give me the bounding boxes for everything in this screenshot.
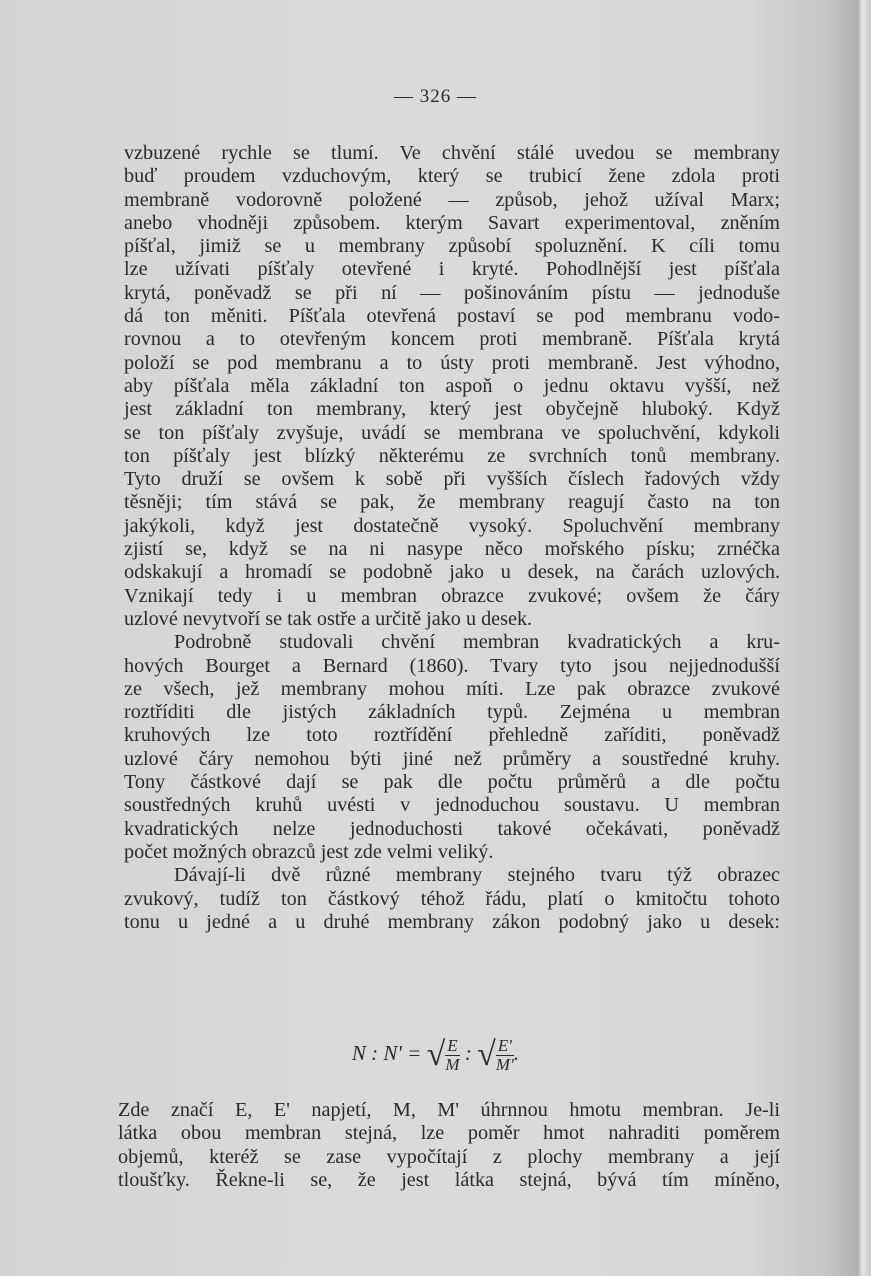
body-text-after-formula: Zde značí E, E' napjetí, M, M' úhrnnou h… <box>118 1099 780 1192</box>
text-line: těsněji; tím stává se pak, že membrany r… <box>124 491 780 514</box>
page-number: — 326 — <box>0 86 871 108</box>
text-line: Tyto druží se ovšem k sobě při vyšších č… <box>124 468 780 491</box>
text-line: kvadratických nelze jednoduchosti takové… <box>124 818 780 841</box>
paragraph-start-line: Podrobně studovali chvění membran kvadra… <box>124 631 780 654</box>
text-line: anebo vhodněji způsobem. kterým Savart e… <box>124 212 780 235</box>
text-line: jakýkoli, když jest dostatečně vysoký. S… <box>124 515 780 538</box>
text-line: se ton píšťaly zvyšuje, uvádí se membran… <box>124 422 780 445</box>
text-line: soustředných kruhů uvésti v jednoduchou … <box>124 794 780 817</box>
fraction: E'M' <box>496 1037 514 1074</box>
paragraph-start-line: Dávají-li dvě různé membrany stejného tv… <box>124 864 780 887</box>
text-line: jest základní ton membrany, který jest o… <box>124 398 780 421</box>
text-line: tonu u jedné a u druhé membrany zákon po… <box>124 911 780 934</box>
text-line: lze užívati píšťaly otevřené i kryté. Po… <box>124 258 780 281</box>
sqrt-icon: √ <box>477 1036 496 1073</box>
text-line: dá ton měniti. Píšťala otevřená postaví … <box>124 305 780 328</box>
text-line: látka obou membran stejná, lze poměr hmo… <box>118 1122 780 1145</box>
text-line: uzlové nevytvoří se tak ostře a určitě j… <box>124 608 780 631</box>
body-text: vzbuzené rychle se tlumí. Ve chvění stál… <box>124 142 780 934</box>
formula-end: . <box>514 1041 519 1065</box>
formula-lhs: N : N' = <box>352 1041 421 1065</box>
text-line: Vznikají tedy i u membran obrazce zvukov… <box>124 585 780 608</box>
text-line: krytá, poněvadž se při ní — pošinováním … <box>124 282 780 305</box>
text-line: odskakují a hromadí se podobně jako u de… <box>124 561 780 584</box>
text-line: položí se pod membranu a to ústy proti m… <box>124 352 780 375</box>
text-line: píšťal, jimiž se u membrany způsobí spol… <box>124 235 780 258</box>
text-line: roztříditi dle jistých základních typů. … <box>124 701 780 724</box>
formula: N : N' = √EM : √E'M'. <box>0 1036 871 1074</box>
fraction: EM <box>445 1037 459 1074</box>
text-line: vzbuzené rychle se tlumí. Ve chvění stál… <box>124 142 780 165</box>
text-line: Zde značí E, E' napjetí, M, M' úhrnnou h… <box>118 1099 780 1122</box>
text-line: kruhových lze toto roztřídění přehledně … <box>124 724 780 747</box>
text-line: objemů, kteréž se zase vypočítají z ploc… <box>118 1146 780 1169</box>
text-line: rovnou a to otevřeným koncem proti membr… <box>124 328 780 351</box>
formula-separator: : <box>465 1041 472 1065</box>
scanned-page: — 326 — vzbuzené rychle se tlumí. Ve chv… <box>0 0 871 1276</box>
text-line: ze všech, jež membrany mohou míti. Lze p… <box>124 678 780 701</box>
text-line: Tony částkové dají se pak dle počtu prům… <box>124 771 780 794</box>
text-line: ton píšťaly jest blízký některému ze svr… <box>124 445 780 468</box>
text-line: uzlové čáry nemohou býti jiné než průměr… <box>124 748 780 771</box>
text-line: buď proudem vzduchovým, který se trubicí… <box>124 165 780 188</box>
text-line: aby píšťala měla základní ton aspoň o je… <box>124 375 780 398</box>
text-line: hových Bourget a Bernard (1860). Tvary t… <box>124 655 780 678</box>
text-line: zvukový, tudíž ton částkový téhož řádu, … <box>124 888 780 911</box>
sqrt-icon: √ <box>427 1036 446 1073</box>
text-line: zjistí se, když se na ni nasype něco moř… <box>124 538 780 561</box>
text-line: počet možných obrazců jest zde velmi vel… <box>124 841 780 864</box>
text-line: membraně vodorovně položené — způsob, je… <box>124 189 780 212</box>
text-line: tloušťky. Řekne-li se, že jest látka ste… <box>118 1169 780 1192</box>
